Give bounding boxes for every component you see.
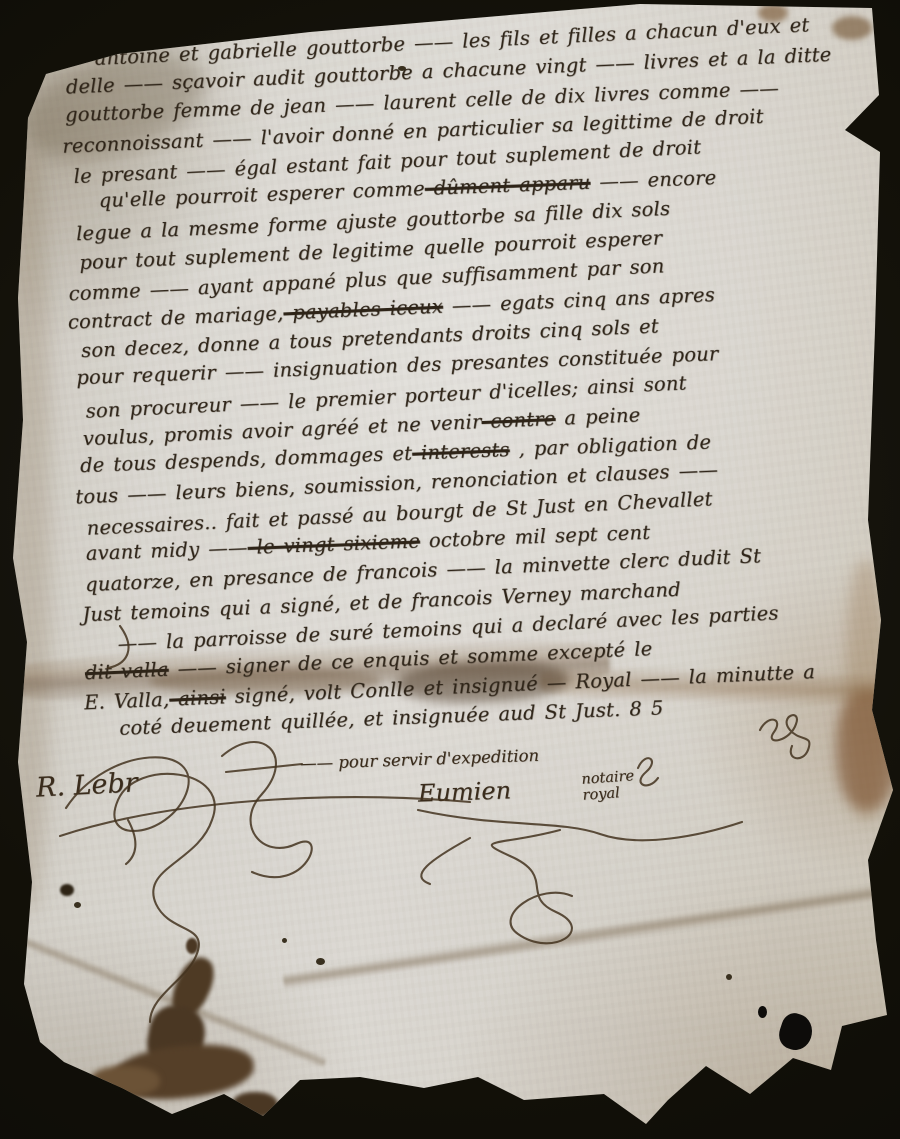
quatorze-flourish	[108, 626, 129, 668]
line24-paraph	[760, 715, 809, 758]
notary-paraph-tail	[492, 830, 572, 943]
note-lead-dash	[226, 764, 302, 772]
left-paraph-underline	[60, 797, 470, 836]
left-paraph-tail	[222, 742, 312, 877]
manuscript-page: antoine et gabrielle gouttorbe —— les fi…	[0, 0, 900, 1139]
notary-long-tail	[421, 838, 470, 884]
signature-flourishes	[0, 0, 900, 1139]
photo-backdrop: antoine et gabrielle gouttorbe —— les fi…	[0, 0, 900, 1139]
left-paraph-flourish	[66, 757, 215, 1022]
notary-underline	[418, 810, 742, 840]
left-long-tail	[126, 820, 135, 864]
note-end-glyph	[638, 758, 658, 785]
